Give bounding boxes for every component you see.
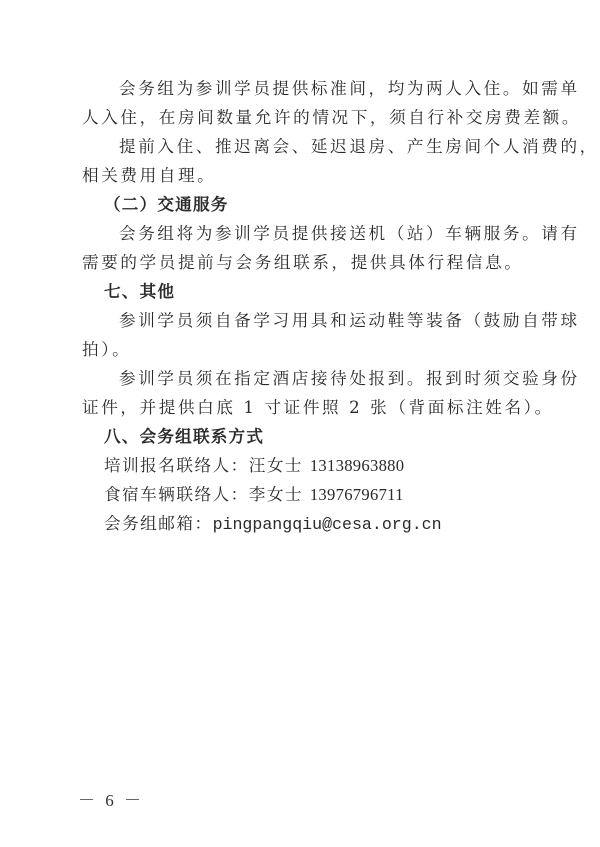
section-heading-other: 七、其他 <box>82 277 502 306</box>
contact-label: 会务组邮箱： <box>104 514 213 533</box>
paragraph-line: 证件，并提供白底 1 寸证件照 2 张（背面标注姓名）。 <box>82 393 502 422</box>
contact-email: 会务组邮箱：pingpangqiu@cesa.org.cn <box>82 509 502 538</box>
contact-lodging: 食宿车辆联络人：李女士 13976796711 <box>82 480 502 509</box>
section-heading-contacts: 八、会务组联系方式 <box>82 422 502 451</box>
paragraph-line: 会务组为参训学员提供标准间，均为两人入住。如需单 <box>82 74 502 103</box>
paragraph-line: 参训学员须在指定酒店接待处报到。报到时须交验身份 <box>82 364 502 393</box>
paragraph-line: 会务组将为参训学员提供接送机（站）车辆服务。请有 <box>82 219 502 248</box>
email-address: pingpangqiu@cesa.org.cn <box>213 515 442 534</box>
contact-phone: 13976796711 <box>310 485 404 504</box>
contact-phone: 13138963880 <box>310 456 405 475</box>
section-heading-transport: （二）交通服务 <box>82 190 502 219</box>
contact-name: 汪女士 <box>249 456 303 475</box>
contact-label: 食宿车辆联络人： <box>104 485 249 504</box>
paragraph-line: 拍）。 <box>82 335 502 364</box>
paragraph-line: 需要的学员提前与会务组联系，提供具体行程信息。 <box>82 248 502 277</box>
paragraph-line: 相关费用自理。 <box>82 161 502 190</box>
paragraph-line: 提前入住、推迟离会、延迟退房、产生房间个人消费的， <box>82 132 502 161</box>
page-number: － 6 － <box>78 786 144 811</box>
document-page: 会务组为参训学员提供标准间，均为两人入住。如需单 人入住，在房间数量允许的情况下… <box>82 74 502 538</box>
contact-name: 李女士 <box>249 485 303 504</box>
paragraph-line: 参训学员须自备学习用具和运动鞋等装备（鼓励自带球 <box>82 306 502 335</box>
contact-label: 培训报名联络人： <box>104 456 249 475</box>
paragraph-line: 人入住，在房间数量允许的情况下，须自行补交房费差额。 <box>82 103 502 132</box>
contact-registration: 培训报名联络人：汪女士 13138963880 <box>82 451 502 480</box>
